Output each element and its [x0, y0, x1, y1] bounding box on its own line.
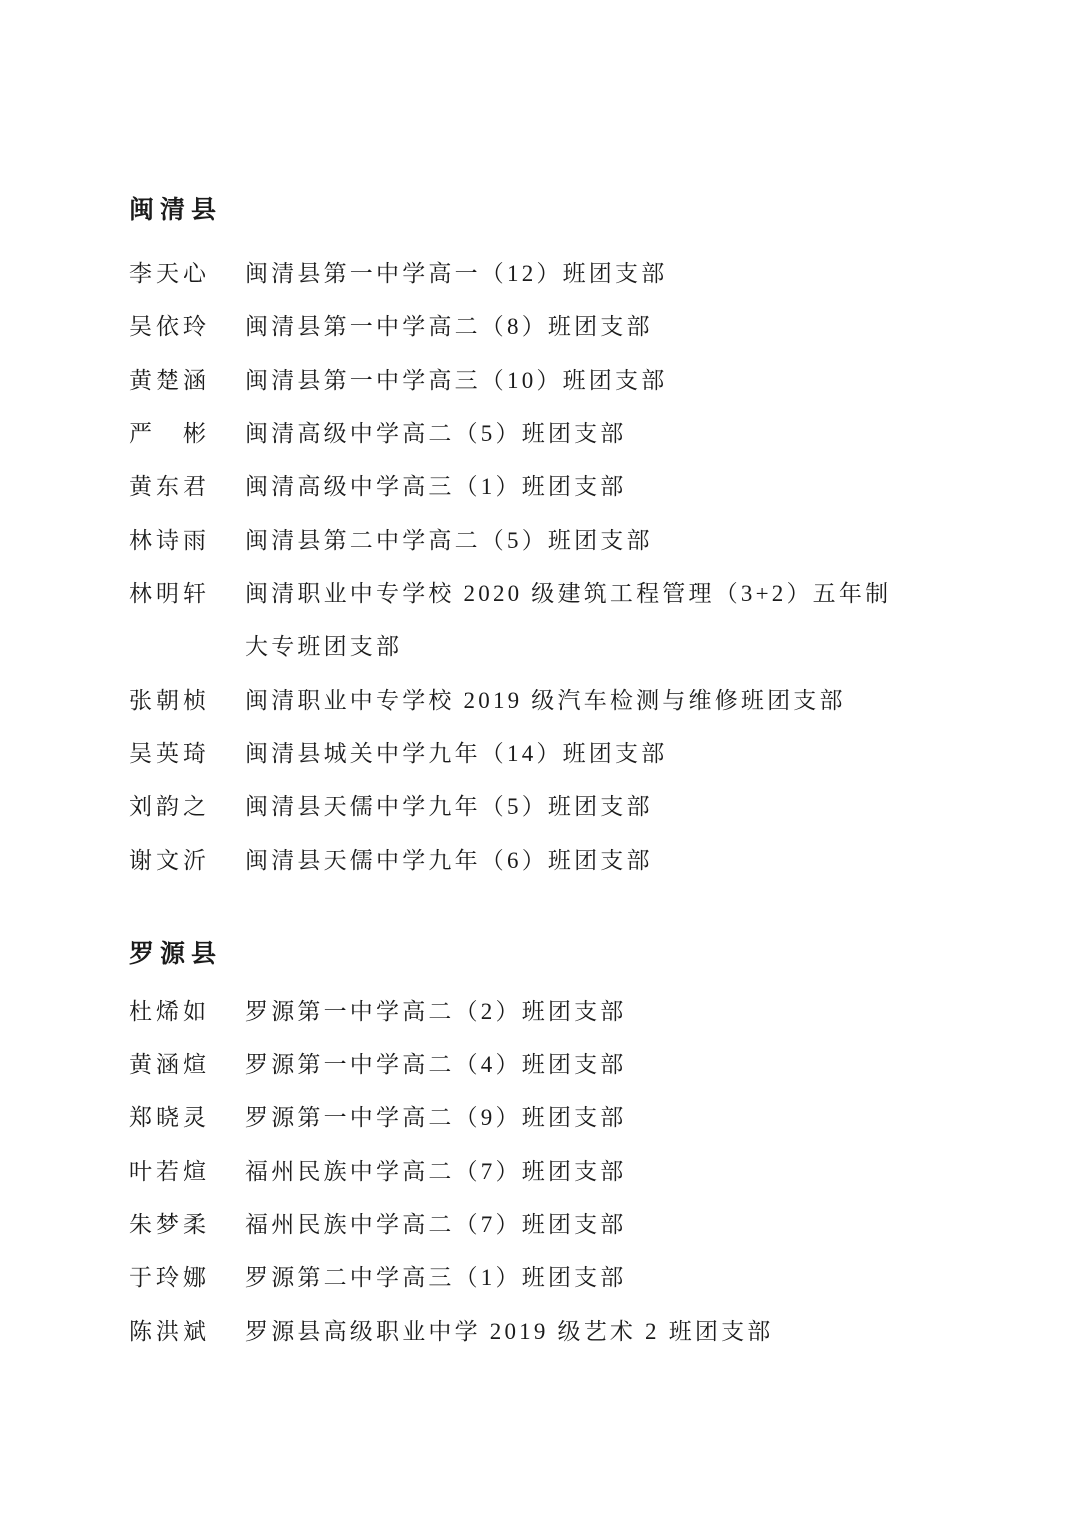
member-name: 陈洪斌	[129, 1305, 206, 1358]
member-branch: 闽清职业中专学校 2020 级建筑工程管理（3+2）五年制 大专班团支部	[245, 567, 987, 674]
member-row: 叶若煊 福州民族中学高二（7）班团支部	[129, 1145, 987, 1198]
member-name: 谢文沂	[129, 834, 206, 887]
member-row: 黄涵煊 罗源第一中学高二（4）班团支部	[129, 1038, 987, 1091]
section-header-minqing: 闽清县	[129, 196, 222, 226]
member-branch: 闽清高级中学高三（1）班团支部	[245, 460, 987, 513]
member-branch: 罗源第二中学高三（1）班团支部	[245, 1251, 987, 1304]
member-branch: 闽清县第二中学高二（5）班团支部	[245, 514, 987, 567]
member-name: 朱梦柔	[129, 1198, 206, 1251]
member-branch: 闽清职业中专学校 2019 级汽车检测与维修班团支部	[245, 674, 987, 727]
member-branch: 罗源第一中学高二（4）班团支部	[245, 1038, 987, 1091]
member-row: 林明轩 闽清职业中专学校 2020 级建筑工程管理（3+2）五年制 大专班团支部	[129, 567, 987, 674]
member-row: 刘韵之 闽清县天儒中学九年（5）班团支部	[129, 780, 987, 833]
member-name: 张朝桢	[129, 674, 206, 727]
member-row: 张朝桢 闽清职业中专学校 2019 级汽车检测与维修班团支部	[129, 674, 987, 727]
member-branch: 福州民族中学高二（7）班团支部	[245, 1198, 987, 1251]
member-name: 吴英琦	[129, 727, 206, 780]
member-row: 陈洪斌 罗源县高级职业中学 2019 级艺术 2 班团支部	[129, 1305, 987, 1358]
member-row: 李天心 闽清县第一中学高一（12）班团支部	[129, 247, 987, 300]
member-branch: 闽清县第一中学高一（12）班团支部	[245, 247, 987, 300]
document-page: 闽清县 李天心 闽清县第一中学高一（12）班团支部 吴依玲 闽清县第一中学高二（…	[0, 0, 1080, 1527]
member-branch: 罗源第一中学高二（9）班团支部	[245, 1091, 987, 1144]
member-name: 杜烯如	[129, 985, 206, 1038]
member-branch: 闽清县城关中学九年（14）班团支部	[245, 727, 987, 780]
member-row: 吴依玲 闽清县第一中学高二（8）班团支部	[129, 300, 987, 353]
member-name: 黄东君	[129, 460, 206, 513]
member-branch: 闽清县第一中学高三（10）班团支部	[245, 354, 987, 407]
member-row: 严 彬 闽清高级中学高二（5）班团支部	[129, 407, 987, 460]
member-name: 严 彬	[129, 407, 206, 460]
member-branch: 罗源第一中学高二（2）班团支部	[245, 985, 987, 1038]
member-branch: 福州民族中学高二（7）班团支部	[245, 1145, 987, 1198]
member-name: 李天心	[129, 247, 206, 300]
member-branch: 闽清高级中学高二（5）班团支部	[245, 407, 987, 460]
member-name: 郑晓灵	[129, 1091, 206, 1144]
member-name: 于玲娜	[129, 1251, 206, 1304]
member-row: 郑晓灵 罗源第一中学高二（9）班团支部	[129, 1091, 987, 1144]
section-header-luoyuan: 罗源县	[129, 940, 222, 970]
member-row: 黄东君 闽清高级中学高三（1）班团支部	[129, 460, 987, 513]
member-name: 叶若煊	[129, 1145, 206, 1198]
member-name: 刘韵之	[129, 780, 206, 833]
member-row: 谢文沂 闽清县天儒中学九年（6）班团支部	[129, 834, 987, 887]
member-row: 林诗雨 闽清县第二中学高二（5）班团支部	[129, 514, 987, 567]
member-branch: 闽清县第一中学高二（8）班团支部	[245, 300, 987, 353]
member-row: 黄楚涵 闽清县第一中学高三（10）班团支部	[129, 354, 987, 407]
member-branch: 罗源县高级职业中学 2019 级艺术 2 班团支部	[245, 1305, 987, 1358]
member-name: 黄楚涵	[129, 354, 206, 407]
member-branch: 闽清县天儒中学九年（5）班团支部	[245, 780, 987, 833]
member-row: 吴英琦 闽清县城关中学九年（14）班团支部	[129, 727, 987, 780]
member-row: 杜烯如 罗源第一中学高二（2）班团支部	[129, 985, 987, 1038]
member-row: 朱梦柔 福州民族中学高二（7）班团支部	[129, 1198, 987, 1251]
member-name: 林明轩	[129, 567, 206, 620]
member-name: 林诗雨	[129, 514, 206, 567]
member-row: 于玲娜 罗源第二中学高三（1）班团支部	[129, 1251, 987, 1304]
member-name: 黄涵煊	[129, 1038, 206, 1091]
member-branch: 闽清县天儒中学九年（6）班团支部	[245, 834, 987, 887]
member-name: 吴依玲	[129, 300, 206, 353]
